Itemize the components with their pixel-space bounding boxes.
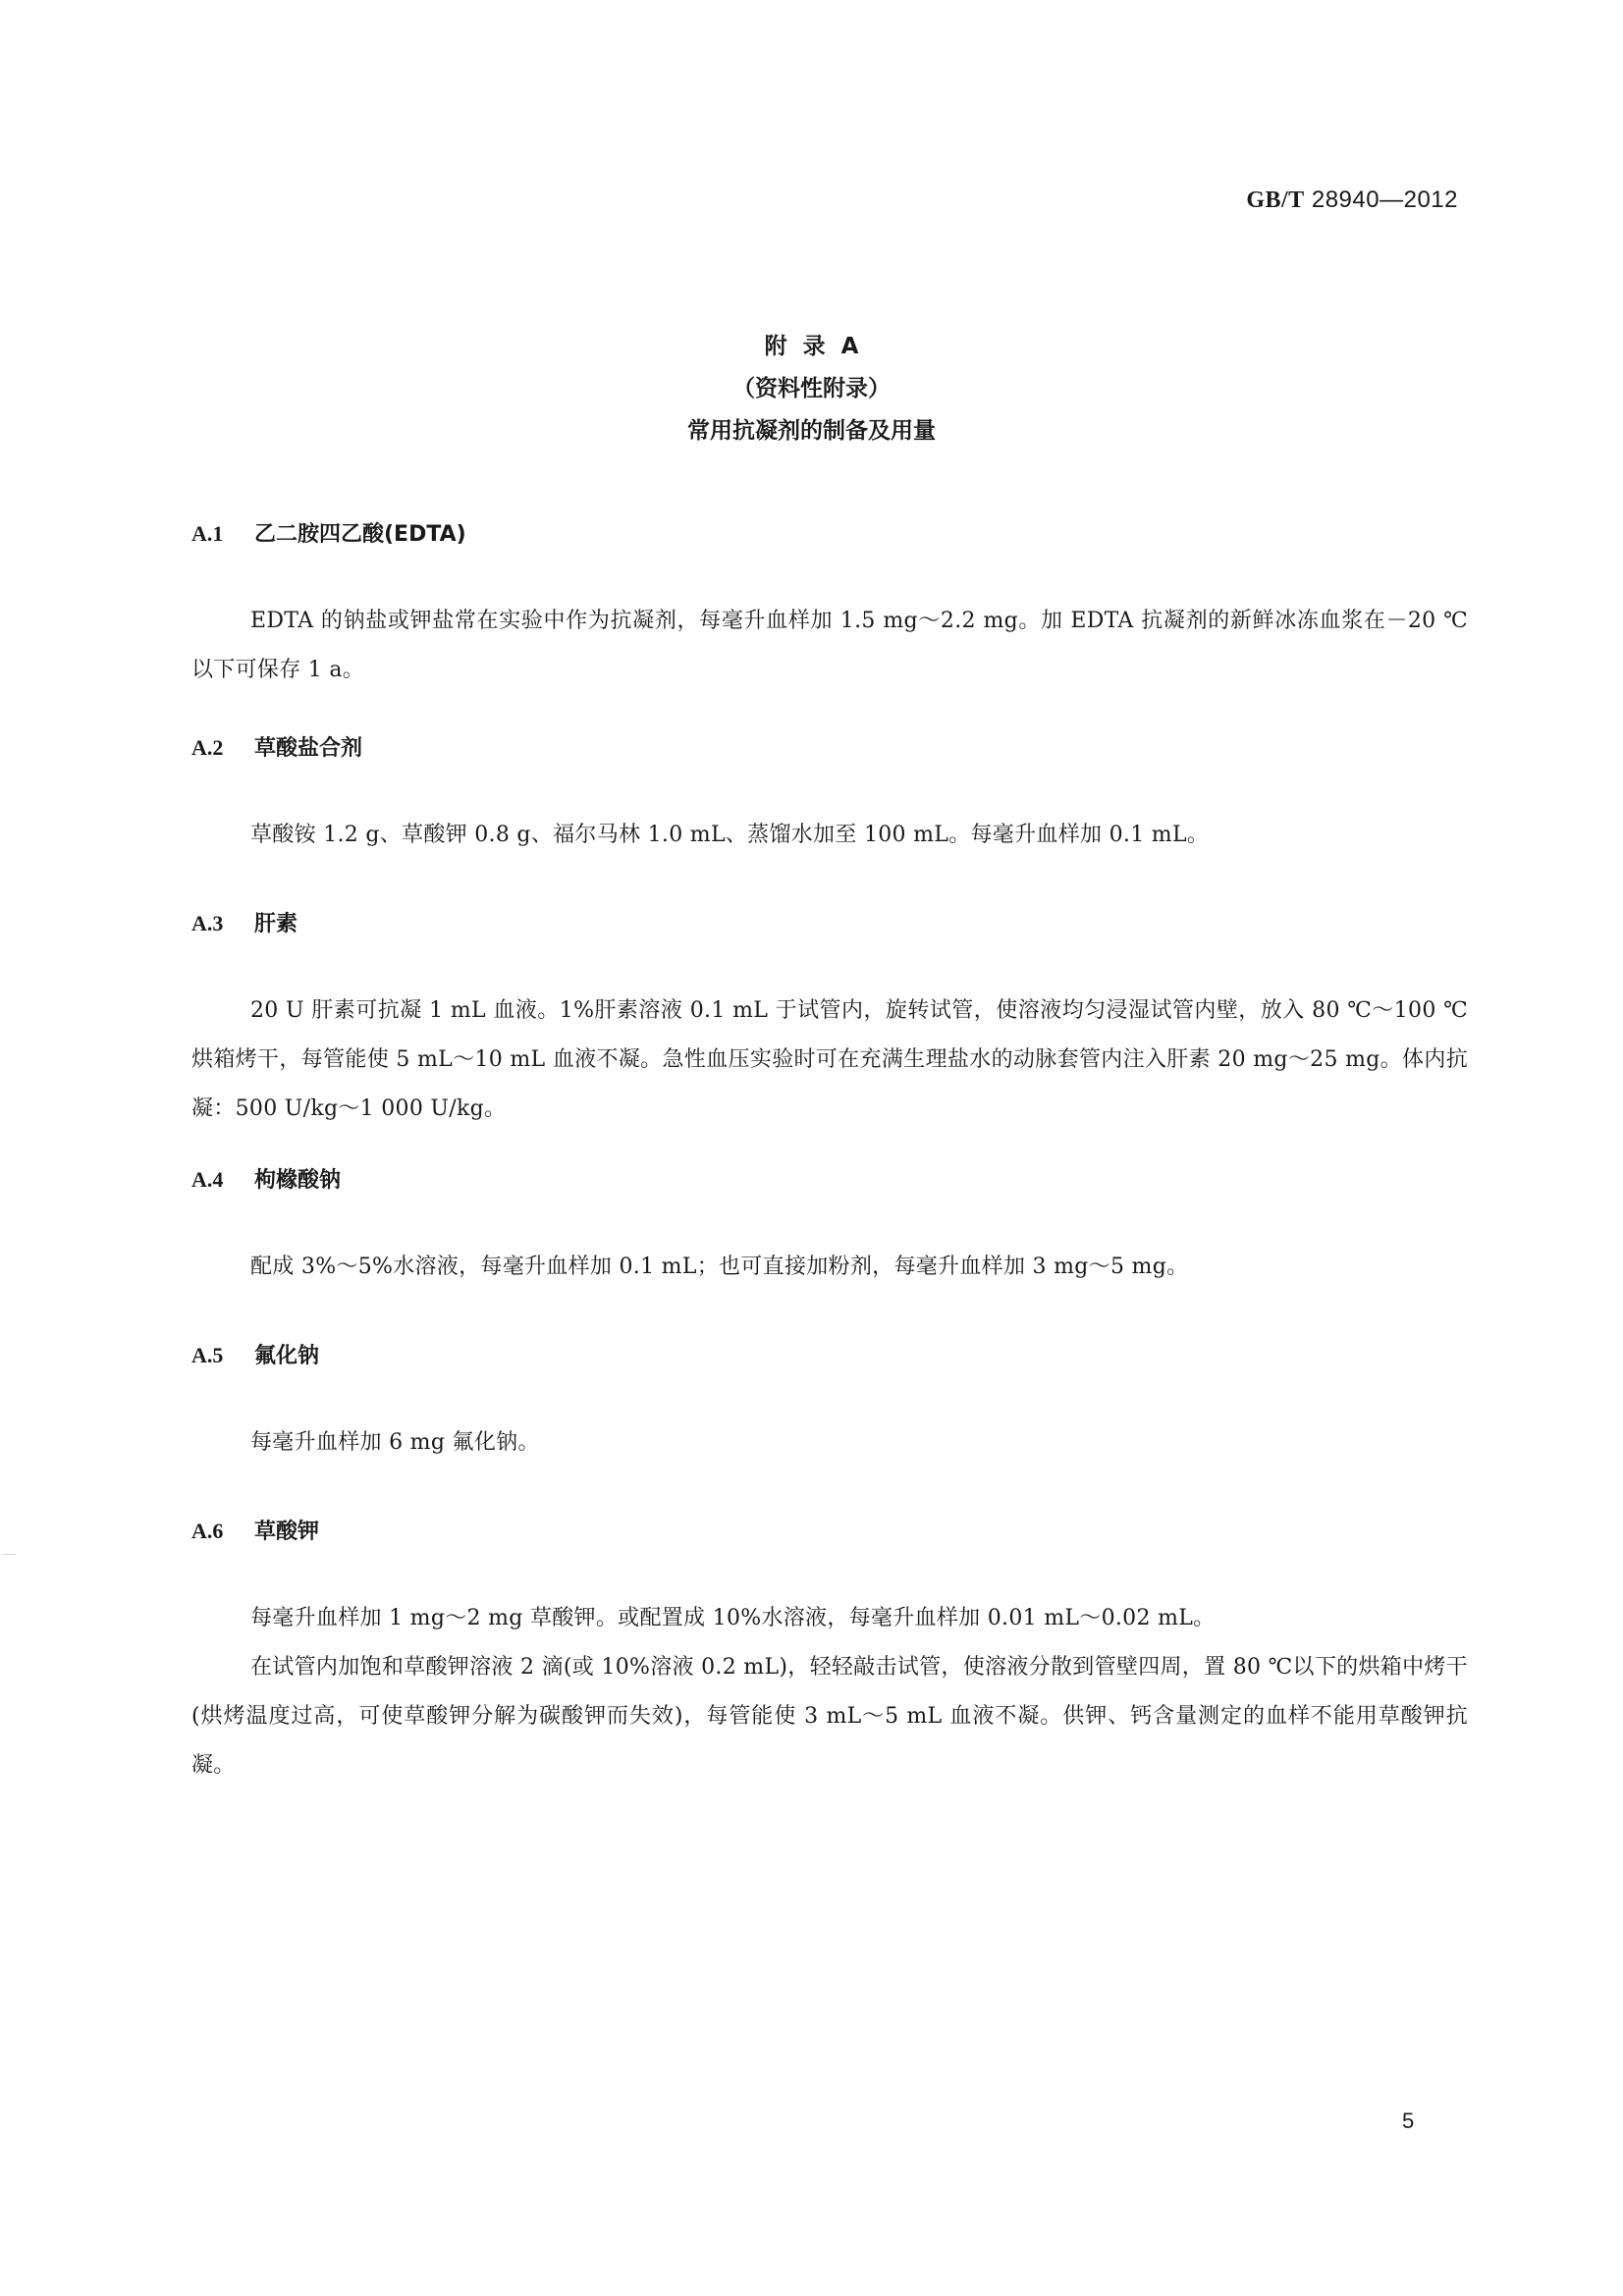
paragraph: 配成 3%～5%水溶液，每毫升血样加 0.1 mL；也可直接加粉剂，每毫升血样加…: [191, 1243, 1468, 1292]
paragraph: 在试管内加饱和草酸钾溶液 2 滴(或 10%溶液 0.2 mL)，轻轻敲击试管，…: [191, 1643, 1468, 1790]
paragraph: 20 U 肝素可抗凝 1 mL 血液。1%肝素溶液 0.1 mL 于试管内，旋转…: [191, 987, 1468, 1134]
section-title: 草酸钾: [254, 1520, 319, 1544]
section-paragraph-a1: EDTA 的钠盐或钾盐常在实验中作为抗凝剂，每毫升血样加 1.5 mg～2.2 …: [191, 597, 1468, 695]
section-title: 乙二胺四乙酸(EDTA): [254, 522, 466, 547]
scan-artifact: [2, 1554, 16, 1555]
section-title: 肝素: [254, 912, 298, 936]
section-number: A.3: [191, 911, 254, 936]
section-title: 枸橼酸钠: [254, 1168, 341, 1193]
section-title: 草酸盐合剂: [254, 736, 362, 761]
page-number: 5: [1402, 2109, 1414, 2134]
paragraph: 每毫升血样加 6 mg 氟化钠。: [191, 1418, 1468, 1468]
appendix-type: （资料性附录）: [0, 368, 1623, 410]
section-number: A.2: [191, 735, 254, 761]
section-number: A.4: [191, 1167, 254, 1193]
appendix-label: 附 录 A: [0, 326, 1623, 368]
section-paragraph-a3: 20 U 肝素可抗凝 1 mL 血液。1%肝素溶液 0.1 mL 于试管内，旋转…: [191, 987, 1468, 1134]
paragraph: 草酸铵 1.2 g、草酸钾 0.8 g、福尔马林 1.0 mL、蒸馏水加至 10…: [191, 811, 1468, 860]
section-number: A.5: [191, 1343, 254, 1368]
section-heading-a4: A.4枸橼酸钠: [191, 1163, 341, 1194]
appendix-heading: 常用抗凝剂的制备及用量: [0, 410, 1623, 453]
section-heading-a6: A.6草酸钾: [191, 1515, 319, 1545]
section-title: 氟化钠: [254, 1344, 319, 1368]
section-paragraph-a4: 配成 3%～5%水溶液，每毫升血样加 0.1 mL；也可直接加粉剂，每毫升血样加…: [191, 1243, 1468, 1292]
section-heading-a2: A.2草酸盐合剂: [191, 731, 362, 762]
paragraph: 每毫升血样加 1 mg～2 mg 草酸钾。或配置成 10%水溶液，每毫升血样加 …: [191, 1594, 1468, 1643]
appendix-title: 附 录 A （资料性附录） 常用抗凝剂的制备及用量: [0, 326, 1623, 453]
standard-number: 28940—2012: [1312, 187, 1458, 213]
section-paragraph-a5: 每毫升血样加 6 mg 氟化钠。: [191, 1418, 1468, 1468]
section-number: A.6: [191, 1519, 254, 1544]
section-paragraph-a6: 每毫升血样加 1 mg～2 mg 草酸钾。或配置成 10%水溶液，每毫升血样加 …: [191, 1594, 1468, 1790]
section-heading-a3: A.3肝素: [191, 907, 298, 937]
section-heading-a5: A.5氟化钠: [191, 1339, 319, 1369]
standard-code: GB/T 28940—2012: [1246, 187, 1458, 214]
section-number: A.1: [191, 521, 254, 547]
standard-prefix: GB/T: [1246, 187, 1304, 213]
paragraph: EDTA 的钠盐或钾盐常在实验中作为抗凝剂，每毫升血样加 1.5 mg～2.2 …: [191, 597, 1468, 695]
section-paragraph-a2: 草酸铵 1.2 g、草酸钾 0.8 g、福尔马林 1.0 mL、蒸馏水加至 10…: [191, 811, 1468, 860]
section-heading-a1: A.1乙二胺四乙酸(EDTA): [191, 517, 466, 548]
